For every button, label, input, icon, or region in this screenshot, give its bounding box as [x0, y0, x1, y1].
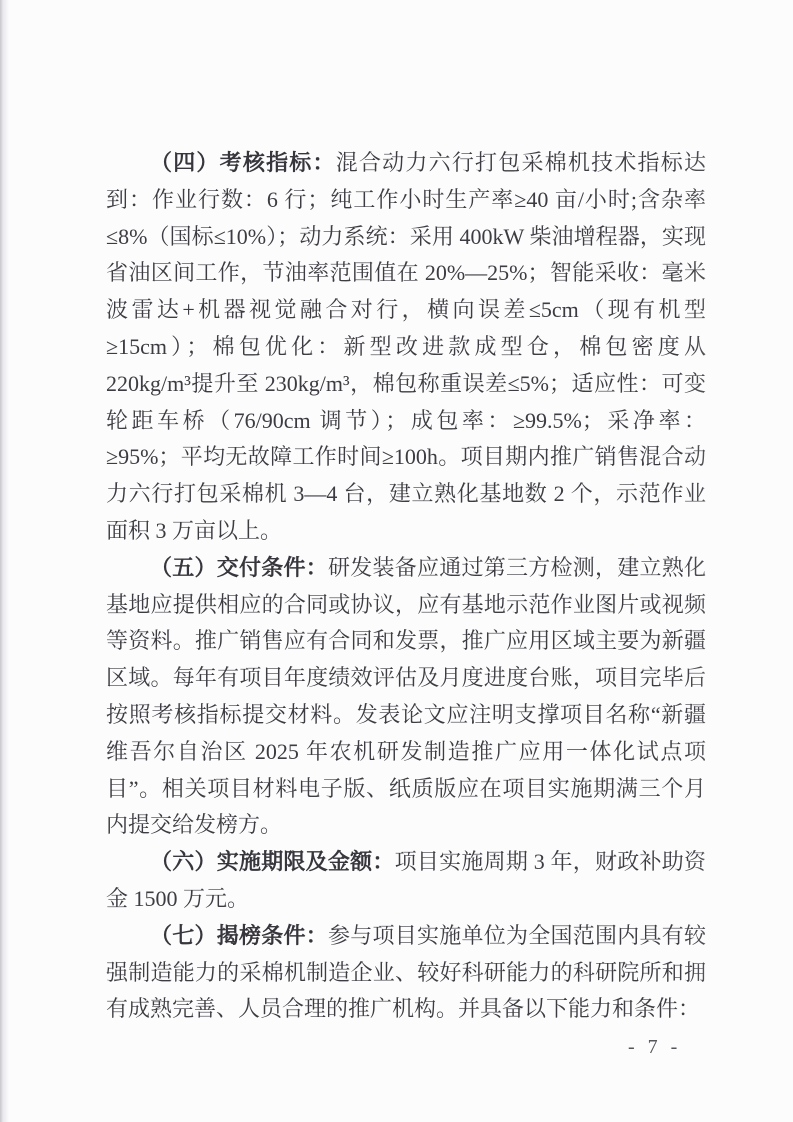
scan-edge-artifact: [0, 0, 9, 1122]
page-number: - 7 -: [628, 1036, 681, 1059]
paragraph-heading: （七）揭榜条件：: [150, 923, 328, 948]
paragraph-text: 混合动力六行打包采棉机技术指标达到：作业行数：6 行；纯工作小时生产率≥40 亩…: [106, 150, 706, 543]
paragraph-text: 研发装备应通过第三方检测，建立熟化基地应提供相应的合同或协议，应有基地示范作业图…: [106, 555, 706, 838]
document-body: （四）考核指标：混合动力六行打包采棉机技术指标达到：作业行数：6 行；纯工作小时…: [106, 145, 706, 1028]
paragraph-heading: （六）实施期限及金额：: [150, 849, 395, 874]
document-page: （四）考核指标：混合动力六行打包采棉机技术指标达到：作业行数：6 行；纯工作小时…: [0, 0, 793, 1122]
paragraph-heading: （四）考核指标：: [150, 150, 336, 175]
paragraph-jiebang-tiaojian: （七）揭榜条件：参与项目实施单位为全国范围内具有较强制造能力的采棉机制造企业、较…: [106, 918, 706, 1028]
paragraph-shishi-qixian: （六）实施期限及金额：项目实施周期 3 年，财政补助资金 1500 万元。: [106, 844, 706, 918]
paragraph-jiaofu-tiaojian: （五）交付条件：研发装备应通过第三方检测，建立熟化基地应提供相应的合同或协议，应…: [106, 550, 706, 844]
paragraph-heading: （五）交付条件：: [150, 555, 328, 580]
paragraph-kaohe-zhibiao: （四）考核指标：混合动力六行打包采棉机技术指标达到：作业行数：6 行；纯工作小时…: [106, 145, 706, 550]
